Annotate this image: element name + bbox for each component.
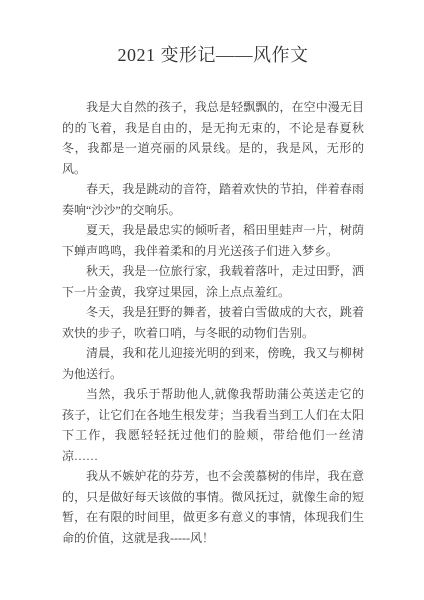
document-body: 我是大自然的孩子，我总是轻飘飘的，在空中漫无目的的飞着，我是自由的，是无拘无束的… <box>62 97 364 548</box>
paragraph-conclusion: 我从不嫉妒花的芬芳，也不会羡慕树的伟岸，我在意的，只是做好每天该做的事情。微风抚… <box>62 466 364 548</box>
paragraph-spring: 春天，我是跳动的音符，踏着欢快的节拍，伴着春雨奏响“沙沙”的交响乐。 <box>62 179 364 220</box>
paragraph-summer: 夏天，我是最忠实的倾听者，稻田里蛙声一片，树荫下蝉声鸣鸣，我伴着柔和的月光送孩子… <box>62 220 364 261</box>
paragraph-helping-others: 当然，我乐于帮助他人,就像我帮助蒲公英送走它的孩子，让它们在各地生根发芽；当我看… <box>62 384 364 466</box>
paragraph-autumn: 秋天，我是一位旅行家，我载着落叶，走过田野，洒下一片金黄，我穿过果园，涂上点点羞… <box>62 261 364 302</box>
paragraph-morning-evening: 清晨，我和花儿迎接光明的到来，傍晚，我又与柳树为他送行。 <box>62 343 364 384</box>
paragraph-intro: 我是大自然的孩子，我总是轻飘飘的，在空中漫无目的的飞着，我是自由的，是无拘无束的… <box>62 97 364 179</box>
document-title: 2021 变形记——风作文 <box>62 42 364 68</box>
paragraph-winter: 冬天，我是狂野的舞者，披着白雪做成的大衣，跳着欢快的步子，吹着口哨，与冬眠的动物… <box>62 302 364 343</box>
document-page: 2021 变形记——风作文 我是大自然的孩子，我总是轻飘飘的，在空中漫无目的的飞… <box>0 0 424 600</box>
